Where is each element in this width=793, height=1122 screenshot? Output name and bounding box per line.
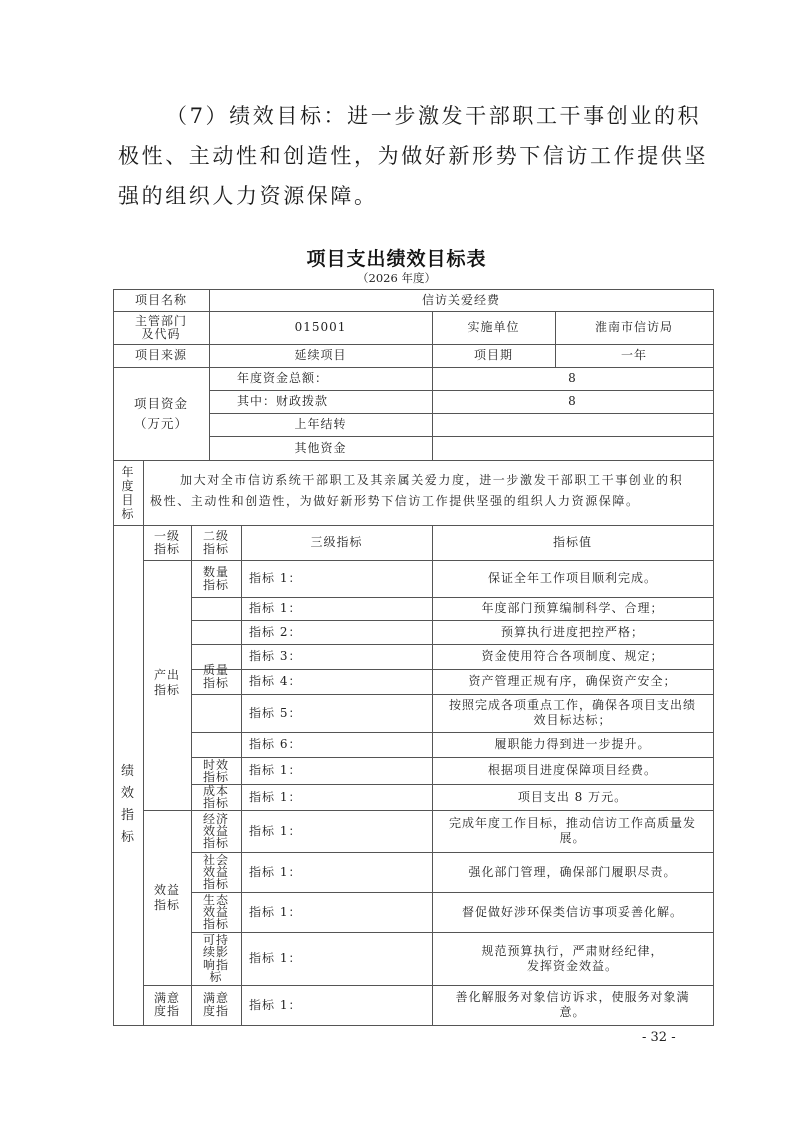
indicator-name: 指标 1： (241, 784, 432, 810)
funds-row-label: 年度资金总额： (209, 367, 432, 390)
annual-goal-line: 加大对全市信访系统干部职工及其亲属关爱力度，进一步激发干部职工干事创业的积 (150, 470, 710, 491)
indicator-value-line: 预算执行进度把控严格； (501, 625, 644, 640)
funds-row-label: 其他资金 (209, 436, 432, 460)
page-number: - 32 - (642, 1030, 676, 1045)
funds-label: 项目资金（万元） (113, 367, 209, 460)
level2-social: 社会效益指标 (191, 852, 241, 892)
indicator-value-line: 根据项目进度保障项目经费。 (488, 763, 657, 778)
indicator-value-line: 督促做好涉环保类信访事项妥善化解。 (462, 905, 683, 920)
indicator-value-line: 发挥资金效益。 (527, 959, 618, 974)
header-level1: 一级指标 (143, 525, 191, 560)
dept-label-line: 主管部门 (135, 315, 187, 328)
annual-goal-label-char: 标 (121, 507, 134, 521)
dept-label-line: 及代码 (141, 328, 180, 341)
annual-goal-label: 年 度 目 标 (113, 460, 143, 525)
indicator-value: 强化部门管理，确保部门履职尽责。 (432, 852, 713, 892)
header-value: 指标值 (432, 525, 713, 560)
level2-text: 标 (209, 971, 222, 984)
level2-sustainable: 可持续影响指标 (191, 932, 241, 985)
indicator-value: 项目支出 8 万元。 (432, 784, 713, 810)
indicator-value: 完成年度工作目标，推动信访工作高质量发展。 (432, 810, 713, 852)
indicator-value-line: 履职能力得到进一步提升。 (494, 737, 650, 752)
level2-text: 指标 (203, 918, 229, 930)
header-text: 一级 (154, 530, 180, 543)
indicator-name: 指标 2： (241, 620, 432, 644)
level1-text: 指标 (154, 898, 180, 913)
level2-cost: 成本指标 (191, 784, 241, 810)
annual-goal-line: 极性、主动性和创造性，为做好新形势下信访工作提供坚强的组织人力资源保障。 (150, 491, 710, 512)
impl-unit-value: 淮南市信访局 (555, 311, 713, 344)
indicator-name: 指标 1： (241, 810, 432, 852)
annual-goal-label-char: 年 (121, 465, 134, 479)
grid-line (113, 1025, 714, 1026)
indicator-value-line: 善化解服务对象信访诉求，使服务对象满 (455, 990, 689, 1005)
funds-label-line: 项目资金 (134, 394, 188, 414)
level2-text: 时效 (203, 759, 229, 771)
header-level2: 二级指标 (191, 525, 241, 560)
level2-timeliness: 时效指标 (191, 757, 241, 784)
level2-ecological: 生态效益指标 (191, 892, 241, 932)
funds-row-value: 8 (432, 390, 713, 413)
level2-text: 指标 (203, 878, 229, 890)
header-text: 指标 (203, 543, 229, 556)
indicator-value-line: 意。 (559, 1005, 585, 1020)
indicator-name: 指标 1： (241, 597, 432, 620)
indicator-name: 指标 1： (241, 985, 432, 1025)
indicator-value-line: 资金使用符合各项制度、规定； (481, 649, 663, 664)
indicator-value-line: 展。 (559, 831, 585, 846)
level2-text: 指标 (203, 837, 229, 849)
dept-label: 主管部门及代码 (113, 311, 209, 344)
indicator-name: 指标 1： (241, 932, 432, 985)
funds-label-line: （万元） (134, 414, 188, 434)
indicator-value: 资金使用符合各项制度、规定； (432, 644, 713, 669)
period-label: 项目期 (432, 344, 555, 367)
indicator-value: 按照完成各项重点工作，确保各项目支出绩效目标达标； (432, 694, 713, 732)
indicator-name: 指标 1： (241, 852, 432, 892)
funds-row-label: 其中：财政拨款 (209, 390, 432, 413)
indicator-value: 资产管理正规有序，确保资产安全； (432, 669, 713, 694)
header-level3: 三级指标 (241, 525, 432, 560)
indicator-value-line: 项目支出 8 万元。 (518, 790, 627, 805)
indicator-value: 规范预算执行，严肃财经纪律，发挥资金效益。 (432, 932, 713, 985)
annual-goal-label-char: 目 (121, 493, 134, 507)
funds-row-value: 8 (432, 367, 713, 390)
level1-benefit: 效益指标 (143, 810, 191, 985)
indicator-value-line: 按照完成各项重点工作，确保各项目支出绩 (449, 698, 696, 713)
indicator-value: 保证全年工作项目顺利完成。 (432, 560, 713, 597)
header-text: 二级 (203, 530, 229, 543)
level2-text: 续影 (203, 946, 229, 959)
level2-text: 度指 (203, 1005, 229, 1018)
impl-unit-label: 实施单位 (432, 311, 555, 344)
indicator-value-line: 效目标达标； (533, 713, 611, 728)
project-name-label: 项目名称 (113, 289, 209, 311)
indicator-name: 指标 1： (241, 892, 432, 932)
funds-row-label: 上年结转 (209, 413, 432, 436)
section-label-char: 标 (121, 827, 135, 849)
grid-line (113, 460, 714, 461)
indicator-name: 指标 6： (241, 732, 432, 757)
indicator-value-line: 年度部门预算编制科学、合理； (481, 601, 663, 616)
indicator-value: 根据项目进度保障项目经费。 (432, 757, 713, 784)
level2-text: 指标 (203, 771, 229, 783)
level2-text: 指标 (203, 677, 229, 690)
intro-paragraph: （7）绩效目标：进一步激发干部职工干事创业的积 极性、主动性和创造性，为做好新形… (118, 96, 678, 216)
level2-text: 指标 (203, 797, 229, 809)
indicator-value-line: 完成年度工作目标，推动信访工作高质量发 (449, 816, 696, 831)
level1-text: 度指 (154, 1005, 180, 1018)
intro-line: 极性、主动性和创造性，为做好新形势下信访工作提供坚 (118, 136, 678, 176)
table-subtitle: （2026 年度） (0, 270, 793, 286)
annual-goal-label-char: 度 (121, 479, 134, 493)
intro-line: 强的组织人力资源保障。 (118, 176, 678, 216)
level2-text: 数量 (203, 566, 229, 579)
indicator-value-line: 资产管理正规有序，确保资产安全； (468, 674, 676, 689)
level2-satisfaction: 满意度指 (191, 985, 241, 1025)
level2-text: 指标 (203, 579, 229, 592)
level1-text: 指标 (154, 683, 180, 698)
indicator-value-line: 规范预算执行，严肃财经纪律， (481, 944, 663, 959)
indicator-name: 指标 1： (241, 560, 432, 597)
indicator-name: 指标 4： (241, 669, 432, 694)
section-label-char: 指 (121, 805, 135, 827)
funds-row-value (432, 413, 713, 436)
level2-economic: 经济效益指标 (191, 810, 241, 852)
section-label-char: 效 (121, 783, 135, 805)
section-label-char: 绩 (121, 761, 135, 783)
indicators-section-label: 绩 效 指 标 (113, 525, 143, 1025)
header-text: 指标 (154, 543, 180, 556)
source-value: 延续项目 (209, 344, 432, 367)
indicator-value: 预算执行进度把控严格； (432, 620, 713, 644)
level1-satisfaction: 满意度指 (143, 985, 191, 1025)
level1-text: 产出 (154, 668, 180, 683)
project-name-value: 信访关爱经费 (209, 289, 713, 311)
indicator-value: 年度部门预算编制科学、合理； (432, 597, 713, 620)
indicator-name: 指标 1： (241, 757, 432, 784)
source-label: 项目来源 (113, 344, 209, 367)
indicator-value: 督促做好涉环保类信访事项妥善化解。 (432, 892, 713, 932)
dept-code-value: 015001 (209, 311, 432, 344)
period-value: 一年 (555, 344, 713, 367)
level1-output: 产出指标 (143, 560, 191, 810)
indicator-name: 指标 3： (241, 644, 432, 669)
indicator-value-line: 保证全年工作项目顺利完成。 (488, 571, 657, 586)
indicator-name: 指标 5： (241, 694, 432, 732)
annual-goal-text: 加大对全市信访系统干部职工及其亲属关爱力度，进一步激发干部职工干事创业的积 极性… (150, 470, 710, 512)
grid-line (713, 289, 714, 1026)
intro-line: （7）绩效目标：进一步激发干部职工干事创业的积 (118, 96, 678, 136)
table-title: 项目支出绩效目标表 (0, 244, 793, 271)
funds-row-value (432, 436, 713, 460)
level2-quantity: 数量指标 (191, 560, 241, 597)
level2-quality: 质量指标 (191, 597, 241, 757)
indicator-value: 善化解服务对象信访诉求，使服务对象满意。 (432, 985, 713, 1025)
indicator-value: 履职能力得到进一步提升。 (432, 732, 713, 757)
indicator-value-line: 强化部门管理，确保部门履职尽责。 (468, 865, 676, 880)
level1-text: 效益 (154, 883, 180, 898)
